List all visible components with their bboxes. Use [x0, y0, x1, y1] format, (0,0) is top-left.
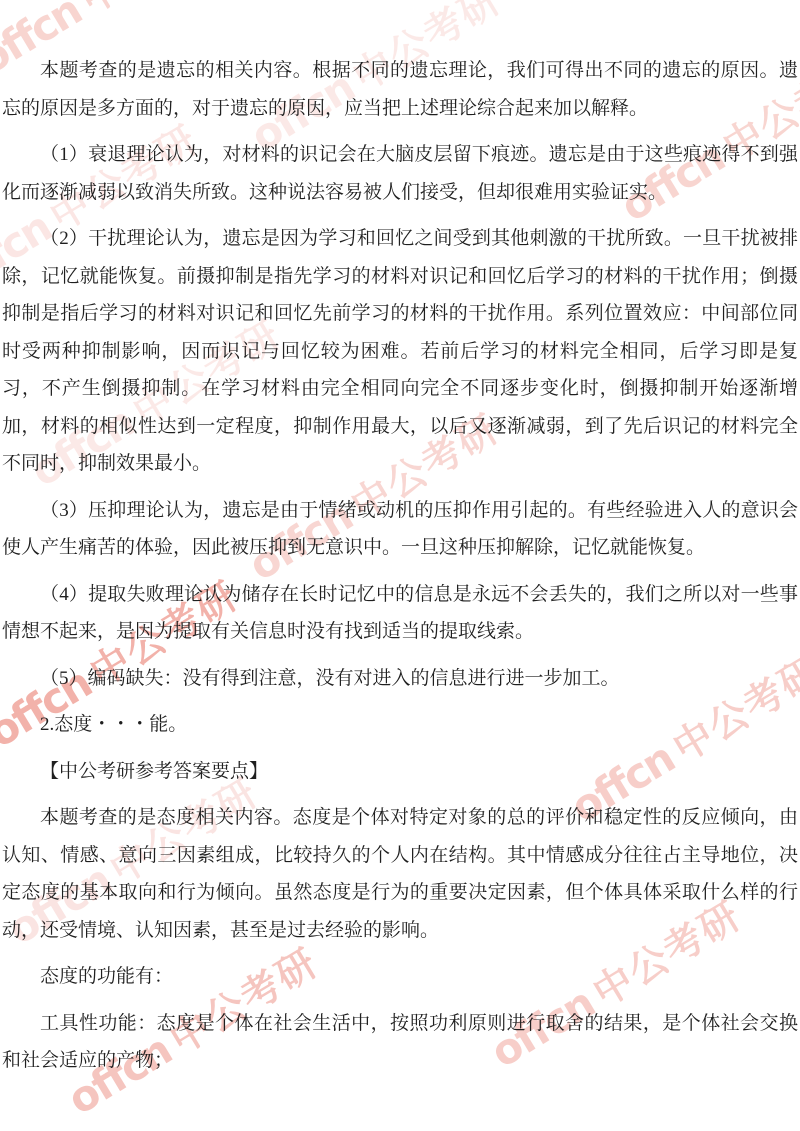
paragraph: （1）衰退理论认为，对材料的识记会在大脑皮层留下痕迹。遗忘是由于这些痕迹得不到强… — [2, 136, 798, 211]
paragraph: 态度的功能有： — [2, 958, 798, 996]
paragraph: 【中公考研参考答案要点】 — [2, 753, 798, 791]
paragraph: （5）编码缺失：没有得到注意，没有对进入的信息进行进一步加工。 — [2, 660, 798, 698]
document-page: offcn中公考研offcn中公考研offcn中公考研offcn中公考研offc… — [0, 0, 800, 1131]
paragraph: 工具性功能：态度是个体在社会生活中，按照功利原则进行取舍的结果，是个体社会交换和… — [2, 1005, 798, 1080]
paragraph: 2.态度・・・能。 — [2, 706, 798, 744]
paragraph: （4）提取失败理论认为储存在长时记忆中的信息是永远不会丢失的，我们之所以对一些事… — [2, 576, 798, 651]
paragraph: （3）压抑理论认为，遗忘是由于情绪或动机的压抑作用引起的。有些经验进入人的意识会… — [2, 492, 798, 567]
paragraph: 本题考查的是遗忘的相关内容。根据不同的遗忘理论，我们可得出不同的遗忘的原因。遗忘… — [2, 52, 798, 127]
paragraph: 本题考查的是态度相关内容。态度是个体对特定对象的总的评价和稳定性的反应倾向，由认… — [2, 799, 798, 949]
document-body: 本题考查的是遗忘的相关内容。根据不同的遗忘理论，我们可得出不同的遗忘的原因。遗忘… — [0, 0, 800, 1080]
paragraph: （2）干扰理论认为，遗忘是因为学习和回忆之间受到其他刺激的干扰所致。一旦干扰被排… — [2, 220, 798, 483]
